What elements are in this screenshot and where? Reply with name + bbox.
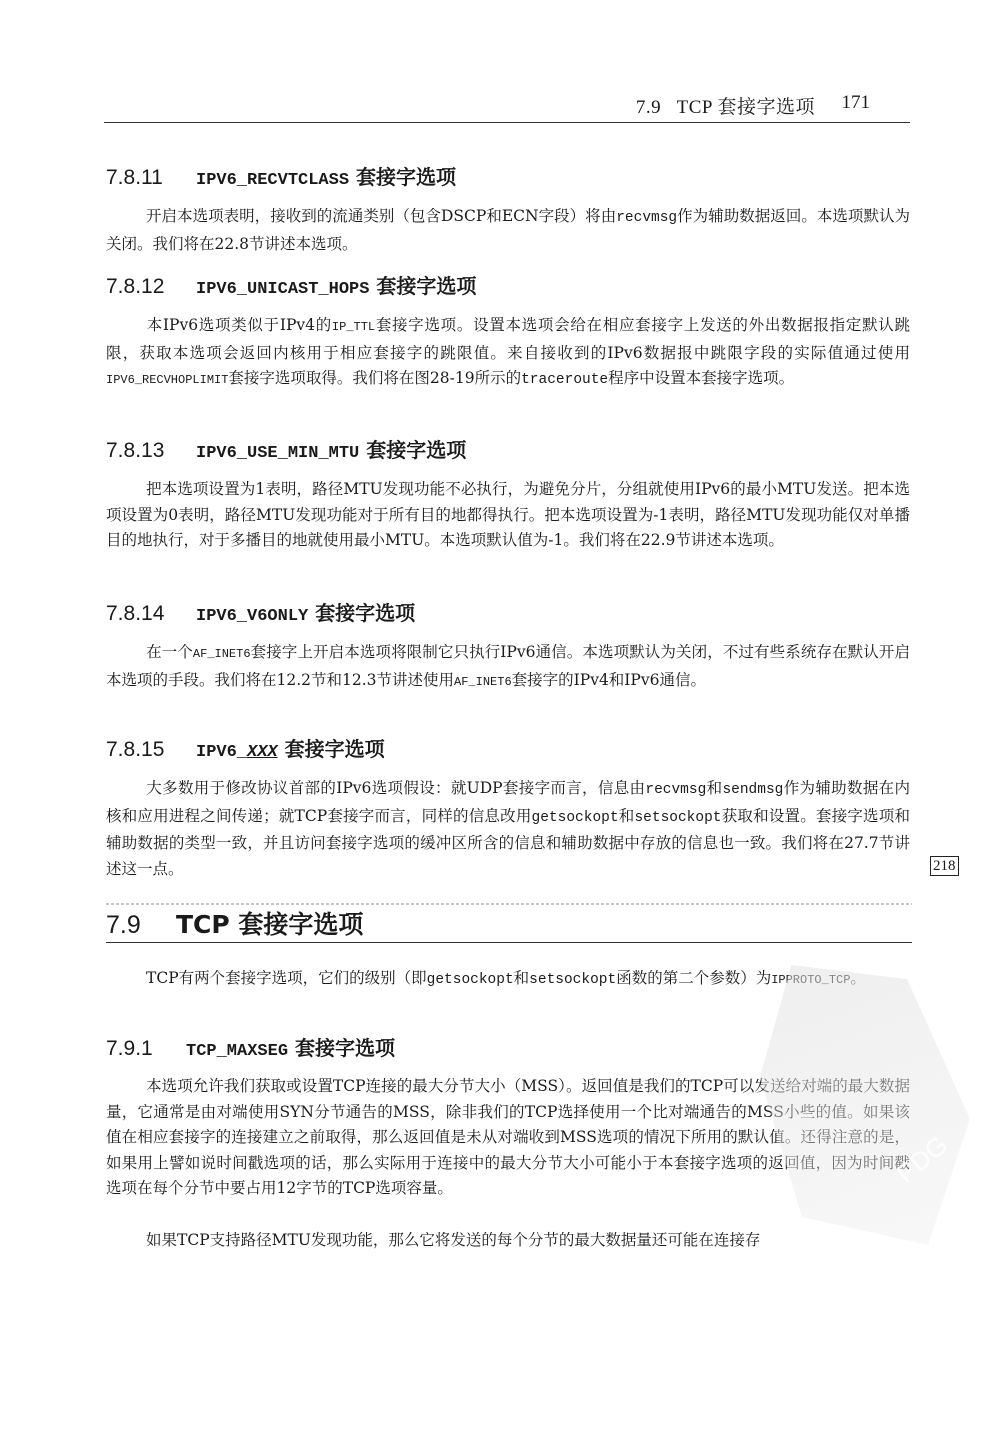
page-number: 171: [842, 92, 871, 114]
heading-number: 7.8.13: [106, 437, 196, 465]
heading-number: 7.9.1: [106, 1035, 186, 1063]
text-run: 和: [706, 779, 722, 797]
paragraph: TCP有两个套接字选项，它们的级别（即getsockopt和setsockopt…: [106, 966, 910, 994]
paragraph: 本IPv6选项类似于IPv4的IP_TTL套接字选项。设置本选项会给在相应套接字…: [106, 313, 910, 394]
paragraph: 本选项允许我们获取或设置TCP连接的最大分节大小（MSS）。返回值是我们的TCP…: [106, 1074, 910, 1202]
heading-code: IPV6_UNICAST_HOPS: [196, 280, 369, 299]
running-head: 7.9 TCP 套接字选项 171: [104, 92, 910, 123]
heading-code: IPV6_USE_MIN_MTU: [196, 444, 359, 463]
heading-title: 套接字选项: [285, 737, 385, 761]
heading-number: 7.8.12: [106, 273, 196, 301]
heading-7-8-11: 7.8.11IPV6_RECVTCLASS 套接字选项: [106, 163, 456, 195]
heading-code: IPV6_RECVTCLASS: [196, 171, 349, 190]
inline-code: setsockopt: [634, 810, 721, 826]
text-run: 套接字选项取得。我们将在图28-19所示的: [228, 369, 521, 387]
heading-title: 套接字选项: [366, 438, 466, 462]
paragraph: 大多数用于修改协议首部的IPv6选项假设：就UDP套接字而言，信息由recvms…: [106, 776, 910, 882]
inline-code: IPV6_RECVHOPLIMIT: [106, 373, 228, 387]
text-run: 开启本选项表明，接收到的流通类别（包含DSCP和ECN字段）将由: [146, 207, 616, 225]
inline-code: IP_TTL: [332, 320, 375, 334]
heading-code: IPV6_V6ONLY: [196, 607, 308, 626]
inline-code: IPPROTO_TCP: [771, 973, 850, 987]
paragraph: 如果TCP支持路径MTU发现功能，那么它将发送的每个分节的最大数据量还可能在连接…: [106, 1228, 910, 1254]
margin-page-reference: 218: [930, 856, 959, 876]
section-divider: [106, 903, 912, 905]
text-run: 如果TCP支持路径MTU发现功能，那么它将发送的每个分节的最大数据量还可能在连接…: [146, 1231, 760, 1249]
text-run: 本IPv6选项类似于IPv4的: [146, 316, 332, 334]
paragraph: 把本选项设置为1表明，路径MTU发现功能不必执行，为避免分片，分组就使用IPv6…: [106, 477, 910, 554]
text-run: 把本选项设置为1表明，路径MTU发现功能不必执行，为避免分片，分组就使用IPv6…: [106, 480, 910, 549]
inline-code: getsockopt: [427, 972, 514, 988]
inline-code: recvmsg: [616, 210, 677, 226]
text-run: 程序中设置本套接字选项。: [608, 369, 794, 387]
heading-code: TCP_MAXSEG: [186, 1042, 288, 1061]
inline-code: recvmsg: [645, 782, 706, 798]
heading-number: 7.8.14: [106, 600, 196, 628]
heading-title: 套接字选项: [356, 165, 456, 189]
inline-code: setsockopt: [529, 972, 616, 988]
paragraph: 开启本选项表明，接收到的流通类别（包含DSCP和ECN字段）将由recvmsg作…: [106, 204, 910, 257]
heading-7-8-14: 7.8.14IPV6_V6ONLY 套接字选项: [106, 599, 415, 631]
text-run: 和: [514, 969, 530, 987]
heading-7-8-13: 7.8.13IPV6_USE_MIN_MTU 套接字选项: [106, 436, 466, 468]
heading-7-9-1: 7.9.1TCP_MAXSEG 套接字选项: [106, 1034, 395, 1066]
text-run: 函数的第二个参数）为: [616, 969, 771, 987]
heading-7-8-15: 7.8.15IPV6_XXX 套接字选项: [106, 735, 385, 767]
heading-code: IPV6_: [196, 743, 247, 762]
heading-title: 套接字选项: [315, 601, 415, 625]
inline-code: getsockopt: [532, 810, 619, 826]
heading-title: 套接字选项: [376, 274, 476, 298]
paragraph: 在一个AF_INET6套接字上开启本选项将限制它只执行IPv6通信。本选项默认为…: [106, 640, 910, 695]
text-run: TCP有两个套接字选项，它们的级别（即: [146, 969, 427, 987]
text-run: 。: [850, 969, 866, 987]
heading-title: TCP 套接字选项: [176, 910, 363, 939]
heading-number: 7.8.11: [106, 164, 196, 192]
book-page: 7.9 TCP 套接字选项 171 7.8.11IPV6_RECVTCLASS …: [0, 0, 983, 1432]
heading-7-8-12: 7.8.12IPV6_UNICAST_HOPS 套接字选项: [106, 272, 476, 304]
heading-title: 套接字选项: [295, 1036, 395, 1060]
text-run: 和: [619, 807, 635, 825]
inline-code: traceroute: [521, 372, 608, 388]
heading-7-9: 7.9TCP 套接字选项: [106, 908, 912, 943]
inline-code: AF_INET6: [193, 647, 251, 661]
text-run: 本选项允许我们获取或设置TCP连接的最大分节大小（MSS）。返回值是我们的TCP…: [106, 1077, 910, 1197]
running-head-title: 7.9 TCP 套接字选项: [636, 92, 815, 119]
text-run: 套接字的IPv4和IPv6通信。: [512, 671, 706, 689]
running-head-section-num: 7.9: [636, 97, 661, 118]
inline-code: sendmsg: [722, 782, 783, 798]
text-run: 大多数用于修改协议首部的IPv6选项假设：就UDP套接字而言，信息由: [146, 779, 645, 797]
running-head-section-title: TCP 套接字选项: [677, 97, 815, 118]
text-run: 在一个: [146, 643, 193, 661]
inline-code: AF_INET6: [454, 675, 512, 689]
heading-number: 7.8.15: [106, 736, 196, 764]
heading-number: 7.9: [106, 908, 176, 942]
heading-code-italic: XXX: [247, 743, 278, 762]
